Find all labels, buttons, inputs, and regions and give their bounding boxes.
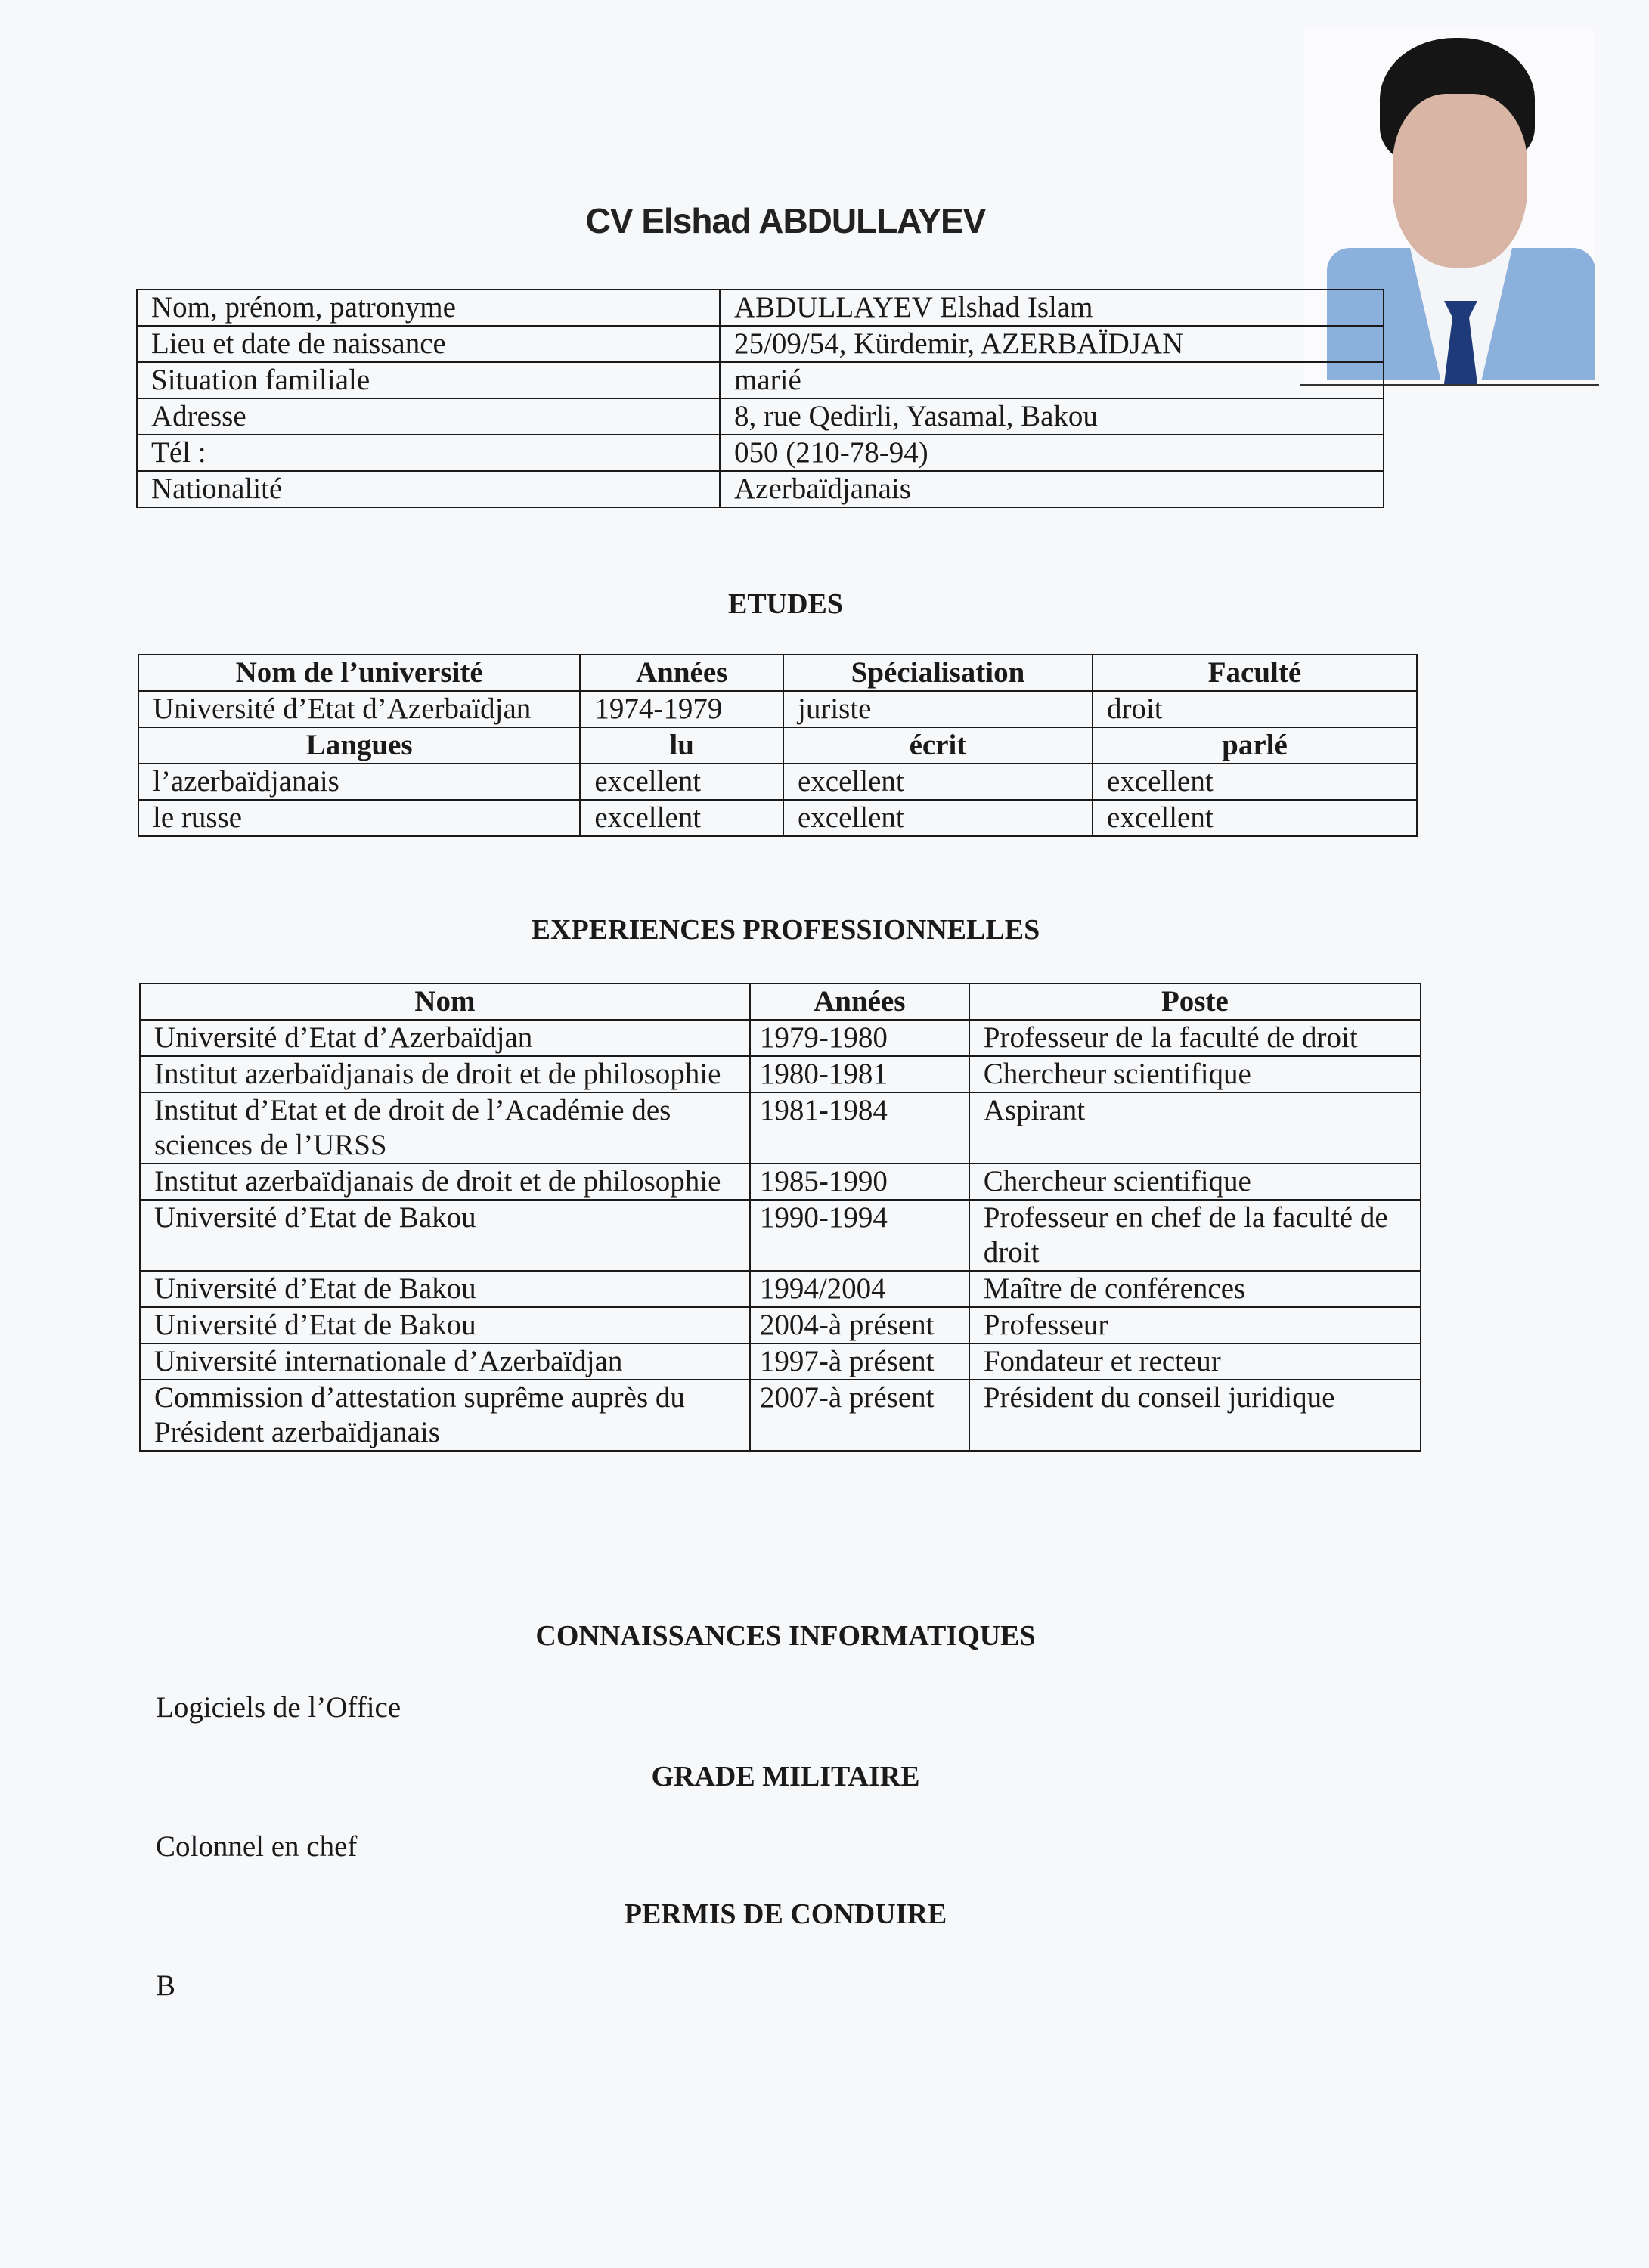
- column-header: écrit: [783, 727, 1093, 764]
- table-row: Université d’Etat d’Azerbaïdjan1974-1979…: [138, 691, 1417, 727]
- table-cell: Situation familiale: [137, 362, 720, 398]
- militaire-text: Colonnel en chef: [156, 1830, 357, 1864]
- info-row: Adresse8, rue Qedirli, Yasamal, Bakou: [137, 398, 1384, 435]
- column-header: Langues: [138, 727, 580, 764]
- personal-info-table: Nom, prénom, patronymeABDULLAYEV Elshad …: [136, 289, 1384, 508]
- column-header: Faculté: [1093, 655, 1417, 691]
- section-heading-etudes: ETUDES: [0, 587, 1571, 621]
- info-row: Tél :050 (210-78-94): [137, 435, 1384, 471]
- table-cell: excellent: [1093, 800, 1417, 836]
- table-cell: 1997-à présent: [750, 1343, 969, 1380]
- table-cell: Maître de conférences: [969, 1271, 1421, 1307]
- table-cell: excellent: [1093, 764, 1417, 800]
- table-cell: Institut azerbaïdjanais de droit et de p…: [140, 1163, 750, 1200]
- table-cell: Président du conseil juridique: [969, 1380, 1421, 1451]
- face-shape: [1393, 94, 1527, 268]
- table-cell: Tél :: [137, 435, 720, 471]
- etudes-table: Nom de l’universitéAnnéesSpécialisationF…: [138, 654, 1418, 837]
- table-cell: Professeur de la faculté de droit: [969, 1020, 1421, 1056]
- table-cell: Université d’Etat de Bakou: [140, 1307, 750, 1343]
- table-cell: ABDULLAYEV Elshad Islam: [720, 290, 1384, 326]
- table-cell: Université d’Etat d’Azerbaïdjan: [140, 1020, 750, 1056]
- table-cell: Aspirant: [969, 1092, 1421, 1163]
- table-cell: juriste: [783, 691, 1093, 727]
- table-cell: Fondateur et recteur: [969, 1343, 1421, 1380]
- table-header-row: Nom de l’universitéAnnéesSpécialisationF…: [138, 655, 1417, 691]
- table-cell: Nationalité: [137, 471, 720, 507]
- table-cell: 1985-1990: [750, 1163, 969, 1200]
- table-cell: 1994/2004: [750, 1271, 969, 1307]
- section-heading-informatique: CONNAISSANCES INFORMATIQUES: [0, 1619, 1571, 1653]
- table-cell: Université d’Etat d’Azerbaïdjan: [138, 691, 580, 727]
- table-cell: excellent: [580, 764, 783, 800]
- info-row: NationalitéAzerbaïdjanais: [137, 471, 1384, 507]
- table-cell: Université d’Etat de Bakou: [140, 1271, 750, 1307]
- table-cell: 8, rue Qedirli, Yasamal, Bakou: [720, 398, 1384, 435]
- table-cell: excellent: [783, 764, 1093, 800]
- table-row: le russeexcellentexcellentexcellent: [138, 800, 1417, 836]
- column-header: Nom de l’université: [138, 655, 580, 691]
- table-cell: Université d’Etat de Bakou: [140, 1200, 750, 1271]
- table-cell: marié: [720, 362, 1384, 398]
- table-cell: Professeur: [969, 1307, 1421, 1343]
- table-row: Université d’Etat d’Azerbaïdjan1979-1980…: [140, 1020, 1421, 1056]
- table-row: Institut azerbaïdjanais de droit et de p…: [140, 1163, 1421, 1200]
- permis-text: B: [156, 1969, 175, 2003]
- info-row: Lieu et date de naissance25/09/54, Kürde…: [137, 326, 1384, 362]
- informatique-text: Logiciels de l’Office: [156, 1690, 401, 1724]
- info-row: Nom, prénom, patronymeABDULLAYEV Elshad …: [137, 290, 1384, 326]
- column-header: Poste: [969, 984, 1421, 1020]
- table-cell: 1974-1979: [580, 691, 783, 727]
- table-cell: 1990-1994: [750, 1200, 969, 1271]
- table-row: Université internationale d’Azerbaïdjan1…: [140, 1343, 1421, 1380]
- table-row: Université d’Etat de Bakou1994/2004Maîtr…: [140, 1271, 1421, 1307]
- table-cell: Professeur en chef de la faculté de droi…: [969, 1200, 1421, 1271]
- table-row: Université d’Etat de Bakou1990-1994Profe…: [140, 1200, 1421, 1271]
- table-cell: 050 (210-78-94): [720, 435, 1384, 471]
- table-cell: Commission d’attestation suprême auprès …: [140, 1380, 750, 1451]
- table-cell: excellent: [783, 800, 1093, 836]
- table-row: Institut azerbaïdjanais de droit et de p…: [140, 1056, 1421, 1092]
- column-header: Années: [750, 984, 969, 1020]
- table-cell: excellent: [580, 800, 783, 836]
- experiences-table: NomAnnéesPosteUniversité d’Etat d’Azerba…: [139, 983, 1421, 1452]
- table-cell: Nom, prénom, patronyme: [137, 290, 720, 326]
- section-heading-militaire: GRADE MILITAIRE: [0, 1760, 1571, 1793]
- table-cell: 1980-1981: [750, 1056, 969, 1092]
- table-cell: droit: [1093, 691, 1417, 727]
- table-cell: 1981-1984: [750, 1092, 969, 1163]
- table-cell: 2004-à présent: [750, 1307, 969, 1343]
- table-row: Institut d’Etat et de droit de l’Académi…: [140, 1092, 1421, 1163]
- table-cell: Institut azerbaïdjanais de droit et de p…: [140, 1056, 750, 1092]
- table-cell: l’azerbaïdjanais: [138, 764, 580, 800]
- column-header: Nom: [140, 984, 750, 1020]
- table-cell: le russe: [138, 800, 580, 836]
- section-heading-permis: PERMIS DE CONDUIRE: [0, 1898, 1571, 1931]
- column-header: parlé: [1093, 727, 1417, 764]
- table-cell: 25/09/54, Kürdemir, AZERBAÏDJAN: [720, 326, 1384, 362]
- table-row: l’azerbaïdjanaisexcellentexcellentexcell…: [138, 764, 1417, 800]
- table-cell: Université internationale d’Azerbaïdjan: [140, 1343, 750, 1380]
- table-cell: Lieu et date de naissance: [137, 326, 720, 362]
- table-cell: Adresse: [137, 398, 720, 435]
- table-cell: Chercheur scientifique: [969, 1056, 1421, 1092]
- table-cell: Chercheur scientifique: [969, 1163, 1421, 1200]
- info-row: Situation familialemarié: [137, 362, 1384, 398]
- column-header: Années: [580, 655, 783, 691]
- table-cell: Azerbaïdjanais: [720, 471, 1384, 507]
- table-header-row: NomAnnéesPoste: [140, 984, 1421, 1020]
- column-header: Spécialisation: [783, 655, 1093, 691]
- table-header-row: Languesluécritparlé: [138, 727, 1417, 764]
- table-cell: 1979-1980: [750, 1020, 969, 1056]
- column-header: lu: [580, 727, 783, 764]
- table-cell: Institut d’Etat et de droit de l’Académi…: [140, 1092, 750, 1163]
- section-heading-experiences: EXPERIENCES PROFESSIONNELLES: [0, 913, 1571, 947]
- table-row: Commission d’attestation suprême auprès …: [140, 1380, 1421, 1451]
- table-cell: 2007-à présent: [750, 1380, 969, 1451]
- table-row: Université d’Etat de Bakou2004-à présent…: [140, 1307, 1421, 1343]
